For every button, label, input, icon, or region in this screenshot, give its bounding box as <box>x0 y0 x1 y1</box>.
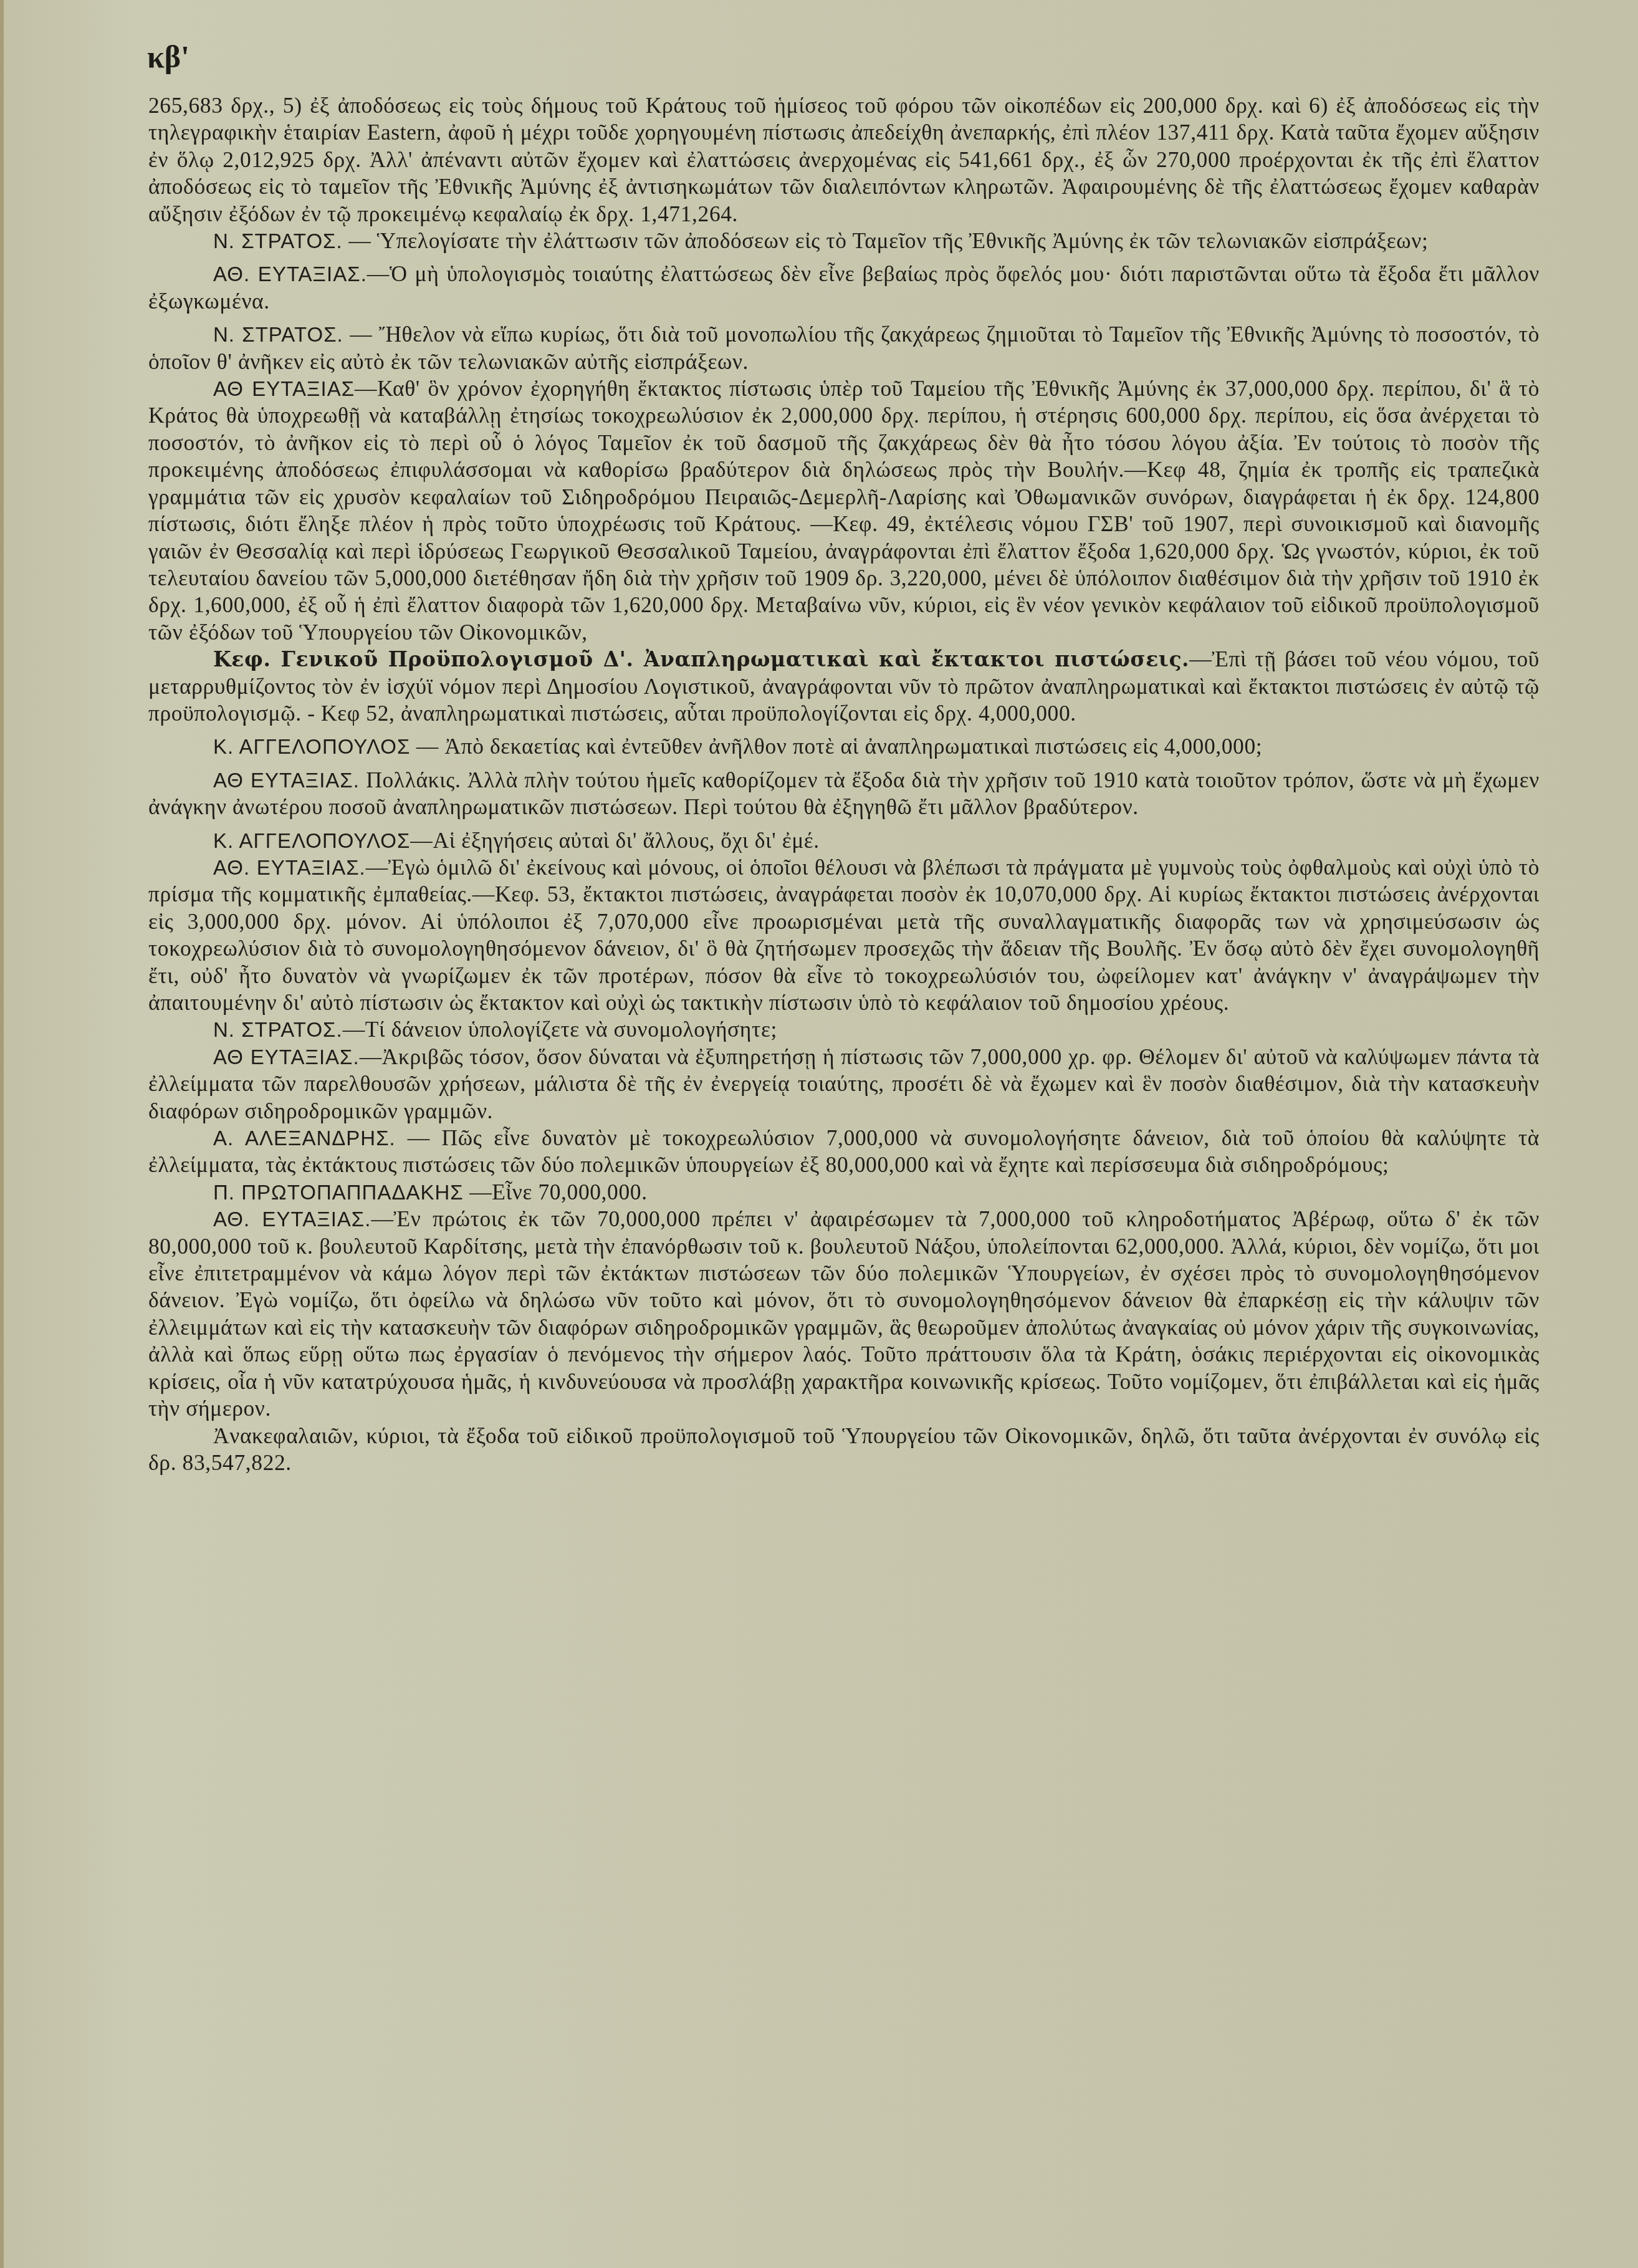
paragraph: ΑΘ ΕΥΤΑΞΙΑΣ—Καθ' ὃν χρόνον ἐχορηγήθη ἔκτ… <box>148 375 1540 646</box>
speaker-name: ΑΘ ΕΥΤΑΞΙΑΣ. <box>213 769 360 792</box>
paragraph: Κ. ΑΓΓΕΛΟΠΟΥΛΟΣ — Ἀπὸ δεκαετίας καὶ ἐντε… <box>148 733 1540 760</box>
paragraph: ΑΘ. ΕΥΤΑΞΙΑΣ.—Ὁ μὴ ὑπολογισμὸς τοιαύτης … <box>148 261 1540 315</box>
paragraph-text: —Καθ' ὃν χρόνον ἐχορηγήθη ἔκτακτος πίστω… <box>148 376 1540 645</box>
speaker-name: Κ. ΑΓΓΕΛΟΠΟΥΛΟΣ <box>213 829 410 852</box>
speaker-name: Ν. ΣΤΡΑΤΟΣ. <box>213 229 343 252</box>
paragraph: Κ. ΑΓΓΕΛΟΠΟΥΛΟΣ—Αἱ ἐξηγήσεις αὐταὶ δι' ἄ… <box>148 827 1540 854</box>
paragraph-text: — Ἤθελον νὰ εἴπω κυρίως, ὅτι διὰ τοῦ μον… <box>148 322 1540 373</box>
page-number: κβ' <box>147 39 189 75</box>
paragraph-text: —Ἐν πρώτοις ἐκ τῶν 70,000,000 πρέπει ν' … <box>148 1206 1540 1421</box>
speaker-name: ΑΘ. ΕΥΤΑΞΙΑΣ. <box>213 1208 371 1231</box>
paragraph: ΑΘ ΕΥΤΑΞΙΑΣ.—Ἀκριβῶς τόσον, ὅσον δύναται… <box>148 1044 1540 1125</box>
speaker-name: Ν. ΣΤΡΑΤΟΣ. <box>213 1018 343 1041</box>
paragraph: ΑΘ. ΕΥΤΑΞΙΑΣ.—Ἐγὼ ὁμιλῶ δι' ἐκείνους καὶ… <box>148 854 1540 1016</box>
paragraph-text: —Τί δάνειον ὑπολογίζετε νὰ συνομολογήσητ… <box>343 1017 777 1042</box>
paragraph-text: — Ἀπὸ δεκαετίας καὶ ἐντεῦθεν ἀνῆλθον ποτ… <box>410 734 1262 759</box>
speaker-name: ΑΘ ΕΥΤΑΞΙΑΣ. <box>213 1045 360 1069</box>
speaker-name: Α. ΑΛΕΞΑΝΔΡΗΣ. <box>213 1127 396 1150</box>
paragraph: Ν. ΣΤΡΑΤΟΣ. — Ὑπελογίσατε τὴν ἐλάττωσιν … <box>148 228 1540 254</box>
speaker-name: Ν. ΣΤΡΑΤΟΣ. <box>213 323 343 346</box>
document-body: 265,683 δρχ., 5) ἐξ ἀποδόσεως εἰς τοὺς δ… <box>148 92 1540 1476</box>
paragraph: Ν. ΣΤΡΑΤΟΣ.—Τί δάνειον ὑπολογίζετε νὰ συ… <box>148 1016 1540 1043</box>
speaker-name: ΑΘ ΕΥΤΑΞΙΑΣ <box>213 377 355 400</box>
paragraph: ΑΘ ΕΥΤΑΞΙΑΣ. Πολλάκις. Ἀλλὰ πλὴν τούτου … <box>148 767 1540 821</box>
paragraph-text: —Εἶνε 70,000,000. <box>464 1180 648 1204</box>
section-heading: Κεφ. Γενικοῦ Προϋπολογισμοῦ Δ'. Ἀναπληρω… <box>213 647 1189 671</box>
paragraph-text: Ἀνακεφαλαιῶν, κύριοι, τὰ ἔξοδα τοῦ εἰδικ… <box>148 1423 1540 1475</box>
paragraph: Κεφ. Γενικοῦ Προϋπολογισμοῦ Δ'. Ἀναπληρω… <box>148 646 1540 727</box>
paragraph: Ἀνακεφαλαιῶν, κύριοι, τὰ ἔξοδα τοῦ εἰδικ… <box>148 1423 1540 1477</box>
paragraph: ΑΘ. ΕΥΤΑΞΙΑΣ.—Ἐν πρώτοις ἐκ τῶν 70,000,0… <box>148 1206 1540 1422</box>
paragraph: 265,683 δρχ., 5) ἐξ ἀποδόσεως εἰς τοὺς δ… <box>148 92 1540 228</box>
paragraph: Π. ΠΡΩΤΟΠΑΠΠΑΔΑΚΗΣ —Εἶνε 70,000,000. <box>148 1179 1540 1206</box>
speaker-name: ΑΘ. ΕΥΤΑΞΙΑΣ. <box>213 856 366 879</box>
page-edge <box>0 0 4 2268</box>
paragraph-text: 265,683 δρχ., 5) ἐξ ἀποδόσεως εἰς τοὺς δ… <box>148 93 1540 226</box>
speaker-name: ΑΘ. ΕΥΤΑΞΙΑΣ. <box>213 262 367 286</box>
paragraph: Α. ΑΛΕΞΑΝΔΡΗΣ. — Πῶς εἶνε δυνατὸν μὲ τοκ… <box>148 1125 1540 1179</box>
speaker-name: Κ. ΑΓΓΕΛΟΠΟΥΛΟΣ <box>213 735 410 758</box>
paragraph: Ν. ΣΤΡΑΤΟΣ. — Ἤθελον νὰ εἴπω κυρίως, ὅτι… <box>148 321 1540 375</box>
paragraph-text: — Ὑπελογίσατε τὴν ἐλάττωσιν τῶν ἀποδόσεω… <box>343 228 1429 253</box>
paragraph-text: —Αἱ ἐξηγήσεις αὐταὶ δι' ἄλλους, ὄχι δι' … <box>410 828 819 853</box>
speaker-name: Π. ΠΡΩΤΟΠΑΠΠΑΔΑΚΗΣ <box>213 1181 464 1204</box>
